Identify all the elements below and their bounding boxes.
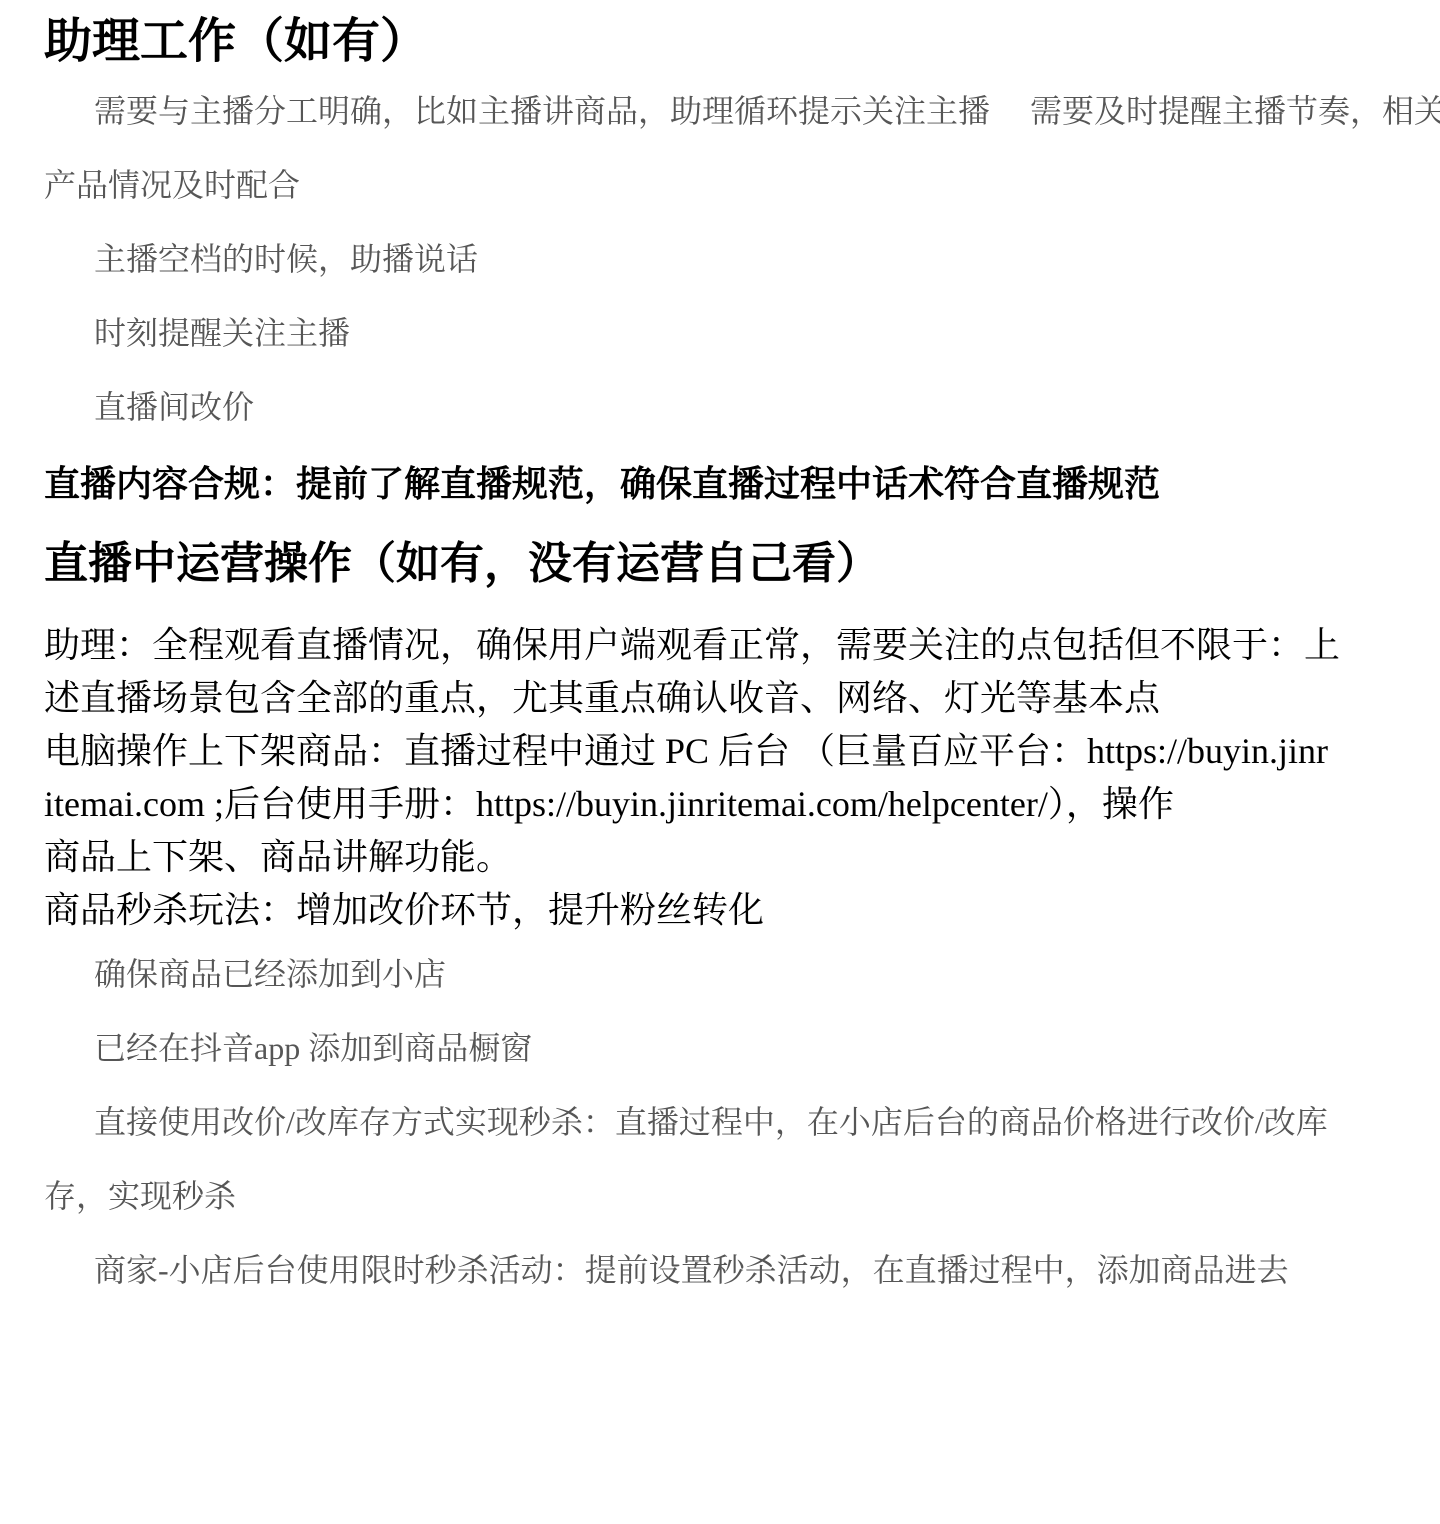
assistant-item-division-of-labor: 需要与主播分工明确，比如主播讲商品，助理循环提示关注主播 需要及时提醒主播节奏，… <box>44 74 1440 222</box>
section-heading-assistant-work: 助理工作（如有） <box>44 10 1440 74</box>
assistant-item-remind-follow: 时刻提醒关注主播 <box>44 296 1440 370</box>
assistant-item-price-change: 直播间改价 <box>44 370 1440 444</box>
document-page: 助理工作（如有） 需要与主播分工明确，比如主播讲商品，助理循环提示关注主播 需要… <box>0 10 1440 1307</box>
seckill-item-added-to-shop: 确保商品已经添加到小店 <box>44 937 1440 1011</box>
seckill-item-flash-sale-activity: 商家-小店后台使用限时秒杀活动：提前设置秒杀活动，在直播过程中，添加商品进去 <box>44 1233 1440 1307</box>
assistant-item-fill-gaps: 主播空档的时候，助播说话 <box>44 222 1440 296</box>
seckill-item-showcase: 已经在抖音app 添加到商品橱窗 <box>44 1011 1440 1085</box>
section-heading-live-operations: 直播中运营操作（如有，没有运营自己看） <box>44 535 1440 593</box>
seckill-item-price-stock-change: 直接使用改价/改库存方式实现秒杀：直播过程中，在小店后台的商品价格进行改价/改库… <box>44 1085 1440 1233</box>
operations-paragraph: 助理：全程观看直播情况，确保用户端观看正常，需要关注的点包括但不限于：上 述直播… <box>44 619 1440 937</box>
compliance-note: 直播内容合规：提前了解直播规范，确保直播过程中话术符合直播规范 <box>44 458 1389 511</box>
